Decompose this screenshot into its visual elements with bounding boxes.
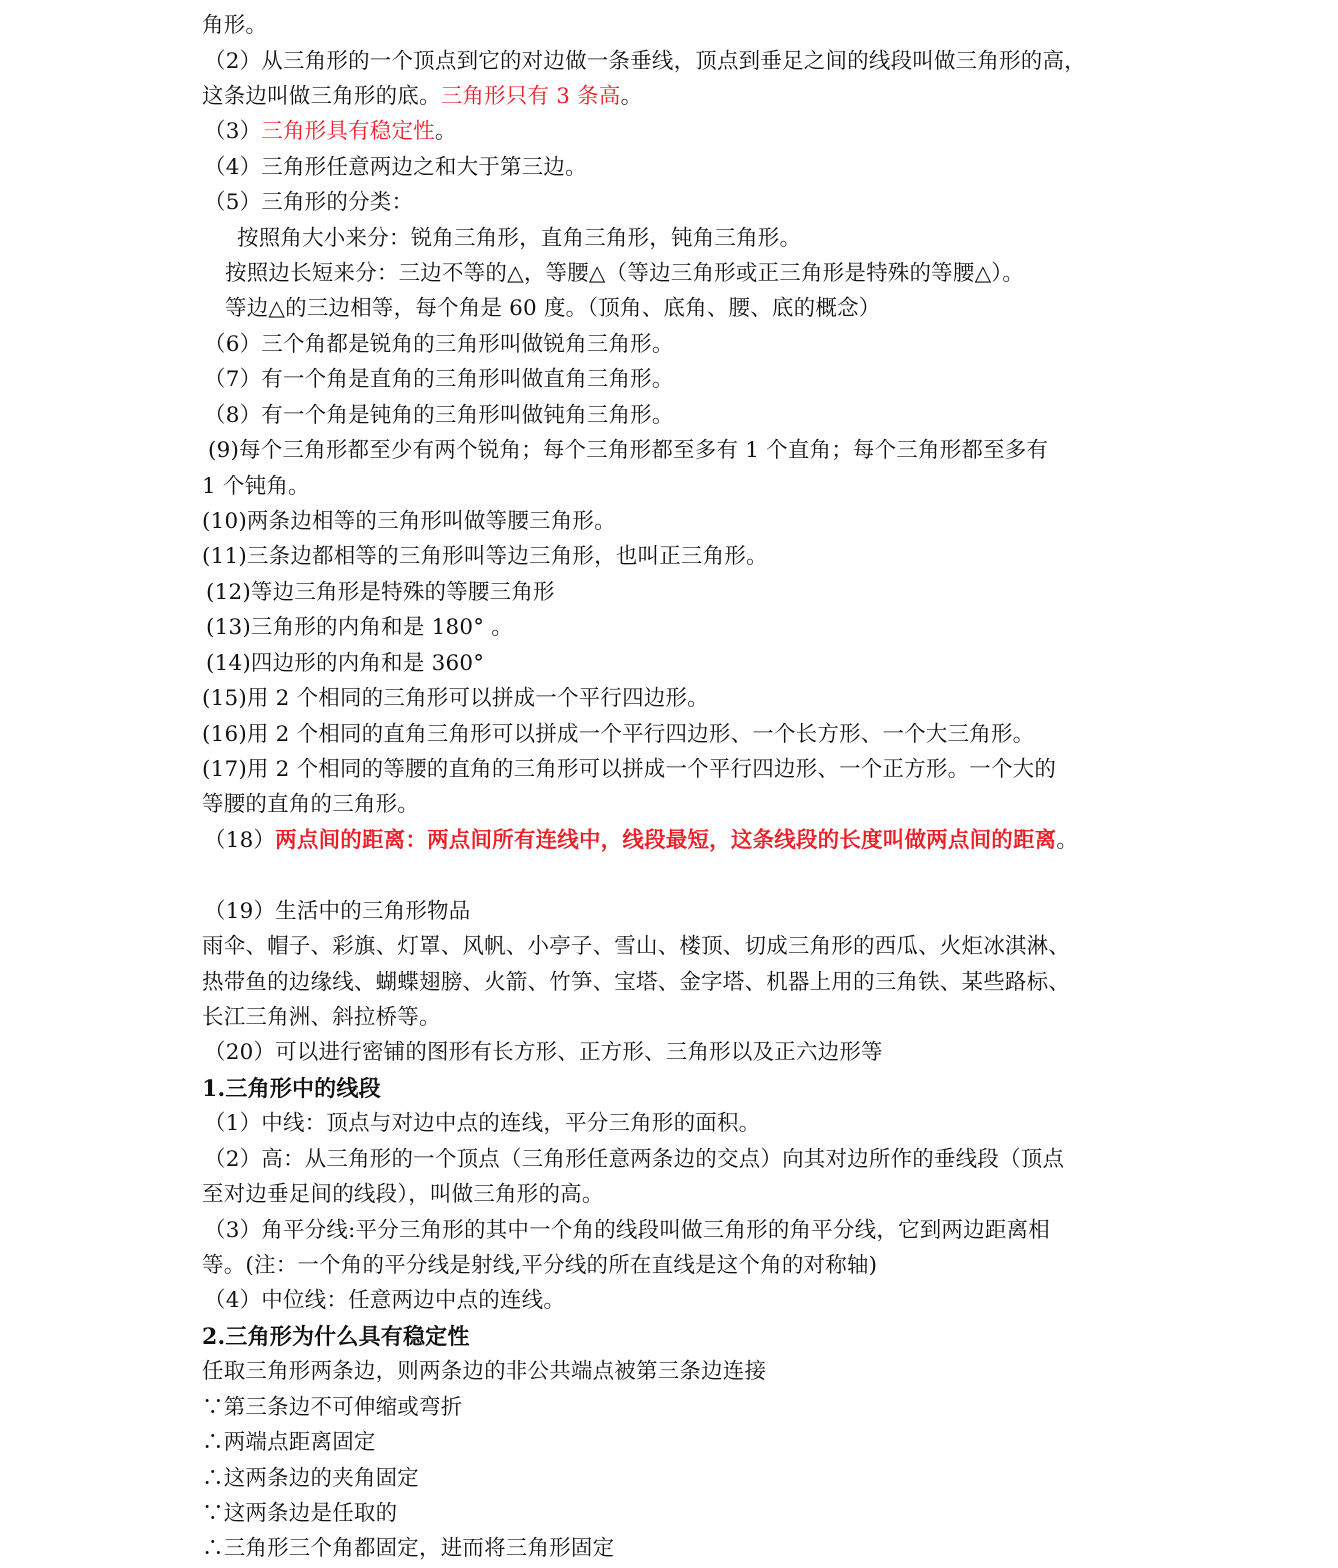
highlight-text: 三角形只有 3 条高 xyxy=(441,84,621,109)
text-line: 等腰的直角的三角形。 xyxy=(202,791,419,819)
text-line: （2）从三角形的一个顶点到它的对边做一条垂线，顶点到垂足之间的线段叫做三角形的高… xyxy=(204,48,1086,76)
text-run: 。 xyxy=(435,119,457,144)
text-line: （6）三个角都是锐角的三角形叫做锐角三角形。 xyxy=(204,331,674,359)
highlight-text: 两点间的距离：两点间所有连线中，线段最短，这条线段的长度叫做两点间的距离 xyxy=(275,828,1056,853)
highlight-text: 三角形具有稳定性 xyxy=(261,119,435,144)
text-line: (14)四边形的内角和是 360° xyxy=(206,650,484,678)
text-line: ∴两端点距离固定 xyxy=(202,1429,376,1457)
text-line: (16)用 2 个相同的直角三角形可以拼成一个平行四边形、一个长方形、一个大三角… xyxy=(202,721,1034,749)
text-line: （3）角平分线:平分三角形的其中一个角的线段叫做三角形的角平分线，它到两边距离相 xyxy=(204,1217,1050,1245)
text-run: 这条边叫做三角形的底。 xyxy=(202,84,441,109)
text-line: ∵这两条边是任取的 xyxy=(202,1500,397,1528)
section-heading: 2.三角形为什么具有稳定性 xyxy=(202,1323,470,1351)
text-line: （4）三角形任意两边之和大于第三边。 xyxy=(204,154,587,182)
text-line: （3）三角形具有稳定性。 xyxy=(204,118,457,146)
text-line: ∴这两条边的夹角固定 xyxy=(202,1465,419,1493)
text-line: 等。(注：一个角的平分线是射线,平分线的所在直线是这个角的对称轴) xyxy=(202,1252,877,1280)
text-line: (11)三条边都相等的三角形叫等边三角形，也叫正三角形。 xyxy=(202,543,768,571)
text-line: 这条边叫做三角形的底。三角形只有 3 条高。 xyxy=(202,83,642,111)
text-line: （19）生活中的三角形物品 xyxy=(204,898,470,926)
text-run: （3） xyxy=(204,119,261,144)
text-line: (15)用 2 个相同的三角形可以拼成一个平行四边形。 xyxy=(202,685,709,713)
text-line: 热带鱼的边缘线、蝴蝶翅膀、火箭、竹笋、宝塔、金字塔、机器上用的三角铁、某些路标、 xyxy=(202,969,1070,997)
text-line: （20）可以进行密铺的图形有长方形、正方形、三角形以及正六边形等 xyxy=(204,1039,883,1067)
text-line: 按照边长短来分：三边不等的△，等腰△（等边三角形或正三角形是特殊的等腰△）。 xyxy=(225,260,1024,288)
text-run: 。 xyxy=(621,84,643,109)
text-run: 。 xyxy=(1056,828,1078,853)
document-page: 角形。 （2）从三角形的一个顶点到它的对边做一条垂线，顶点到垂足之间的线段叫做三… xyxy=(0,0,1338,1568)
text-line: 等边△的三边相等，每个角是 60 度。（顶角、底角、腰、底的概念） xyxy=(225,295,880,323)
section-heading: 1.三角形中的线段 xyxy=(202,1075,381,1103)
text-line: 长江三角洲、斜拉桥等。 xyxy=(202,1004,441,1032)
text-line: （7）有一个角是直角的三角形叫做直角三角形。 xyxy=(204,366,674,394)
text-line: （5）三角形的分类： xyxy=(204,189,413,217)
text-line: （8）有一个角是钝角的三角形叫做钝角三角形。 xyxy=(204,402,674,430)
text-line: ∴三角形三个角都固定，进而将三角形固定 xyxy=(202,1535,614,1563)
text-line: （2）高：从三角形的一个顶点（三角形任意两条边的交点）向其对边所作的垂线段（顶点 xyxy=(204,1146,1064,1174)
text-line: 雨伞、帽子、彩旗、灯罩、风帆、小亭子、雪山、楼顶、切成三角形的西瓜、火炬冰淇淋、 xyxy=(202,933,1070,961)
text-line: (12)等边三角形是特殊的等腰三角形 xyxy=(206,579,555,607)
text-line: (13)三角形的内角和是 180° 。 xyxy=(206,614,513,642)
text-line: 按照角大小来分：锐角三角形，直角三角形，钝角三角形。 xyxy=(237,225,801,253)
text-line: （1）中线：顶点与对边中点的连线，平分三角形的面积。 xyxy=(204,1110,760,1138)
text-line: 1 个钝角。 xyxy=(202,473,310,501)
text-run: （18） xyxy=(204,828,275,853)
text-line: 任取三角形两条边，则两条边的非公共端点被第三条边连接 xyxy=(202,1358,766,1386)
text-line: ∵第三条边不可伸缩或弯折 xyxy=(202,1394,462,1422)
text-line: （18）两点间的距离：两点间所有连线中，线段最短，这条线段的长度叫做两点间的距离… xyxy=(204,827,1078,855)
text-line: （4）中位线：任意两边中点的连线。 xyxy=(204,1287,565,1315)
text-line: (9)每个三角形都至少有两个锐角；每个三角形都至多有 1 个直角；每个三角形都至… xyxy=(208,437,1048,465)
text-line: (10)两条边相等的三角形叫做等腰三角形。 xyxy=(202,508,616,536)
text-line: (17)用 2 个相同的等腰的直角的三角形可以拼成一个平行四边形、一个正方形。一… xyxy=(202,756,1056,784)
text-line: 角形。 xyxy=(202,12,267,40)
text-line: 至对边垂足间的线段），叫做三角形的高。 xyxy=(202,1181,604,1209)
